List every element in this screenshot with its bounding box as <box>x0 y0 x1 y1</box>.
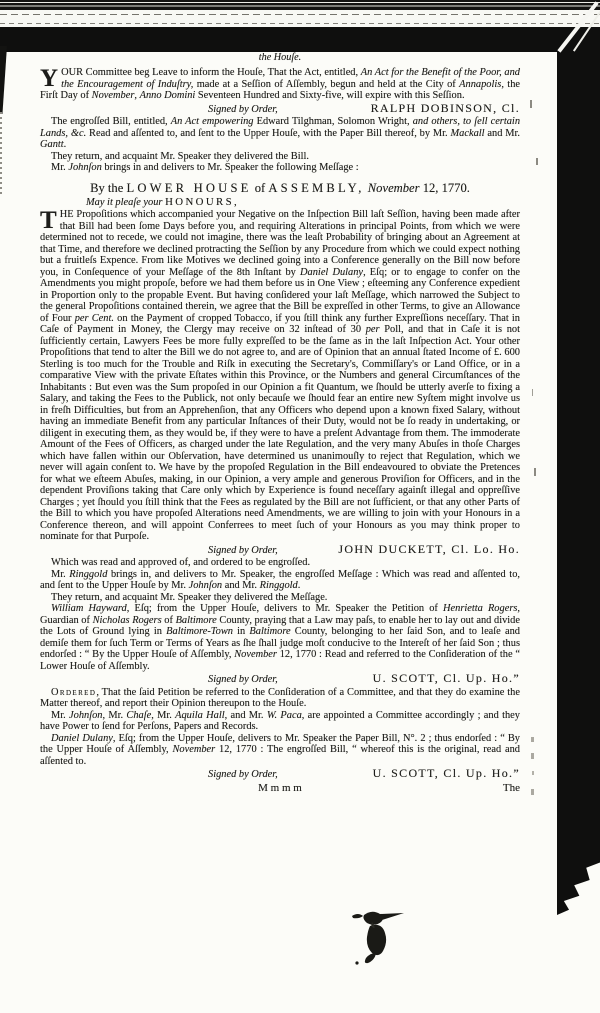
text-run: of <box>252 181 269 195</box>
text-run: per <box>366 324 380 335</box>
text-run: W. Paca <box>267 710 302 721</box>
text-run: An Act empowering <box>171 116 254 127</box>
text-run: They return, and acquaint Mr. Speaker th… <box>51 592 327 603</box>
text-run: . <box>64 139 67 150</box>
scan-artifact-tick <box>530 100 532 108</box>
text-run: Mr. <box>51 710 69 721</box>
scan-left-speckle <box>0 112 2 196</box>
signed-by-order-label: Signed by Order, <box>208 769 278 781</box>
catchword: The <box>503 783 520 795</box>
text-run: Daniel Dulany <box>51 733 113 744</box>
text-run: Mackall <box>451 128 485 139</box>
signed-by-order-label: Signed by Order, <box>208 104 278 116</box>
scan-artifact-tick <box>531 753 534 759</box>
text-run: Poll, and that in Caſe it is not ſuffici… <box>40 324 520 542</box>
signed-by-order-label: Signed by Order, <box>208 674 278 686</box>
text-run: They return, and acquaint Mr. Speaker th… <box>51 151 309 162</box>
block-para: Ordered, That the ſaid Petition be refer… <box>40 687 520 710</box>
ink-blot-artifact <box>350 906 408 968</box>
signed-by-order-label: Signed by Order, <box>208 545 278 557</box>
block-catch: M m m mThe <box>40 783 520 795</box>
text-run: , and Mr. <box>225 710 267 721</box>
block-para: Which was read and approved of, and orde… <box>40 557 520 569</box>
page-body: By the COMMITTEE appointed to enquire wh… <box>40 40 520 794</box>
text-run: Johnſon <box>189 580 222 591</box>
text-run: HONOURS, <box>165 196 239 208</box>
scan-top-edge-band <box>0 0 600 52</box>
block-sig: Signed by Order,RALPH DOBINSON, Cl. <box>40 103 520 116</box>
text-run: Which was read and approved of, and orde… <box>51 557 310 568</box>
text-run: and Mr. <box>485 128 520 139</box>
text-run: Nicholas Rogers <box>93 615 162 626</box>
text-run: Annapolis <box>459 79 501 90</box>
text-run: November <box>172 744 215 755</box>
block-para: William Hayward, Eſq; from the Upper Hou… <box>40 603 520 672</box>
press-signature-mark: M m m m <box>258 782 302 794</box>
text-run: . <box>298 580 301 591</box>
block-center: May it pleaſe your HONOURS, <box>40 197 520 209</box>
text-run: Anno Domini <box>140 90 196 101</box>
scanned-document-page: ROBERT EDEN, Eſq; GOVERNOR. 319 By the C… <box>0 0 600 1013</box>
text-run: of <box>162 615 176 626</box>
text-run: William Hayward <box>51 603 127 614</box>
block-center: By the LOWER HOUSE of ASSEMBLY, November… <box>40 181 520 195</box>
block-sig: Signed by Order,U. SCOTT, Cl. Up. Ho.” <box>40 673 520 686</box>
text-run: OUR Committee beg Leave to inform the Ho… <box>61 67 361 78</box>
drop-cap: Y <box>40 67 61 88</box>
text-run: Ordered <box>51 687 96 698</box>
text-run: , That the ſaid Petition be referred to … <box>40 687 520 710</box>
text-run: Daniel Dulany <box>300 267 363 278</box>
block-para: The engroſſed Bill, entitled, An Act emp… <box>40 116 520 151</box>
scan-left-edge-mark <box>0 46 7 114</box>
drop-cap: T <box>40 209 60 230</box>
clerk-signature: RALPH DOBINSON, Cl. <box>371 103 520 115</box>
book-edge-stripes <box>0 0 600 10</box>
scan-artifact-tick <box>536 158 538 165</box>
text-run: Mr. <box>51 162 68 173</box>
text-run: May it pleaſe your <box>86 197 165 208</box>
scan-artifact-tick <box>534 468 536 476</box>
text-run: , Eſq; from the Upper Houſe, delivers to… <box>127 603 443 614</box>
clerk-signature: U. SCOTT, Cl. Up. Ho.” <box>373 673 520 685</box>
text-run: Aquila Hall <box>175 710 224 721</box>
text-run: Mr. <box>51 569 69 580</box>
text-run: and Mr. <box>222 580 260 591</box>
text-run: 12, 1770. <box>420 181 470 195</box>
clerk-signature: JOHN DUCKETT, Cl. Lo. Ho. <box>338 544 520 556</box>
text-run: Read and aſſented to, and ſent to the Up… <box>86 128 450 139</box>
text-run: Henrietta Rogers <box>443 603 517 614</box>
text-run: November <box>92 90 135 101</box>
scan-artifact-tick <box>532 389 533 396</box>
text-run: brings in and delivers to Mr. Speaker th… <box>102 162 359 173</box>
text-run: ASSEMBLY, <box>268 181 364 195</box>
text-run: in <box>233 626 249 637</box>
text-run: Seventeen Hundred and Sixty-five, will e… <box>195 90 464 101</box>
scan-artifact-tick <box>532 771 534 775</box>
text-run: November <box>368 181 420 195</box>
text-run: LOWER HOUSE <box>126 181 251 195</box>
scan-artifact-tick <box>531 737 534 742</box>
block-para: Mr. Ringgold brings in, and delivers to … <box>40 569 520 592</box>
block-sig: Signed by Order,U. SCOTT, Cl. Up. Ho.” <box>40 768 520 781</box>
block-drop: THE Propoſitions which accompanied your … <box>40 209 520 543</box>
text-run: , Mr. <box>151 710 175 721</box>
text-run: November <box>234 649 277 660</box>
block-para: Mr. Johnſon, Mr. Chaſe, Mr. Aquila Hall,… <box>40 710 520 733</box>
text-run: By the <box>90 181 126 195</box>
text-run: Johnſon <box>68 162 101 173</box>
block-drop: YOUR Committee beg Leave to inform the H… <box>40 67 520 102</box>
text-run: Chaſe <box>126 710 151 721</box>
text-run: The engroſſed Bill, entitled, <box>51 116 171 127</box>
clerk-signature: U. SCOTT, Cl. Up. Ho.” <box>373 768 520 780</box>
scan-right-edge-band <box>557 40 600 915</box>
block-para: Daniel Dulany, Eſq; from the Upper Houſe… <box>40 733 520 768</box>
text-run: Gantt <box>40 139 64 150</box>
text-run: Ringgold <box>69 569 107 580</box>
block-para: Mr. Johnſon brings in and delivers to Mr… <box>40 162 520 174</box>
text-run: Ringgold <box>260 580 298 591</box>
text-run: made at a Seſſion of Aſſembly, begun and… <box>193 79 459 90</box>
text-run: , Mr. <box>103 710 127 721</box>
text-run: Baltimore <box>249 626 290 637</box>
text-run: Johnſon <box>69 710 102 721</box>
text-run: Baltimore <box>176 615 217 626</box>
block-sig: Signed by Order,JOHN DUCKETT, Cl. Lo. Ho… <box>40 544 520 557</box>
book-edge-gap <box>0 10 600 27</box>
text-run: Edward Tilghman, Solomon Wright, <box>254 116 413 127</box>
scan-artifact-tick <box>531 789 534 795</box>
text-run: per Cent. <box>75 313 114 324</box>
book-edge-solid <box>0 27 600 52</box>
block-para: They return, and acquaint Mr. Speaker th… <box>40 151 520 163</box>
block-para: They return, and acquaint Mr. Speaker th… <box>40 592 520 604</box>
text-run: Baltimore-Town <box>166 626 233 637</box>
